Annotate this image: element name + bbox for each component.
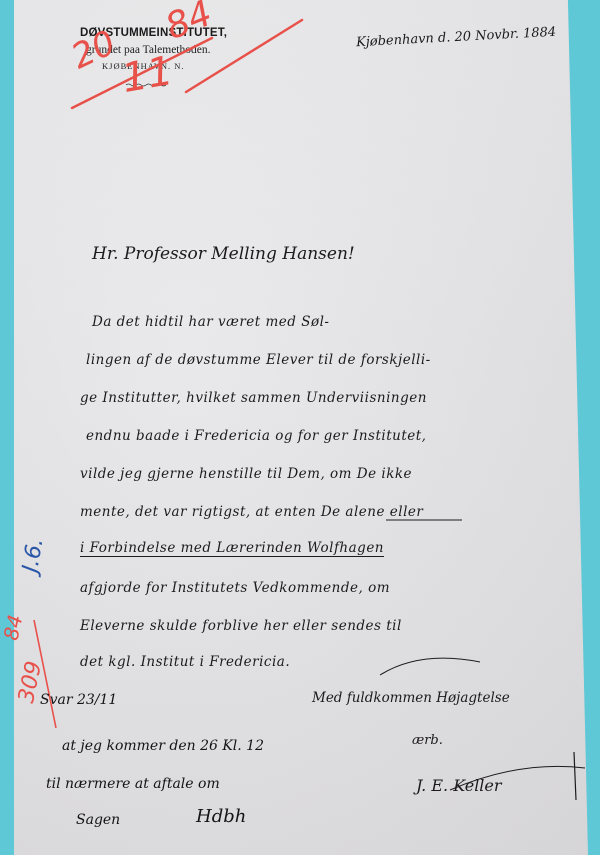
- body-line: mente, det var rigtigst, at enten De ale…: [80, 504, 423, 520]
- reply-note-initials: Hdbh: [196, 806, 246, 827]
- body-line: afgjorde for Institutets Vedkommende, om: [80, 580, 390, 596]
- body-line: lingen af de døvstumme Elever til de for…: [86, 352, 431, 368]
- body-line: Eleverne skulde forblive her eller sende…: [80, 618, 402, 634]
- salutation: Hr. Professor Melling Hansen!: [92, 244, 355, 264]
- closing-abbrev: ærb.: [412, 733, 443, 748]
- reply-note-line: Svar 23/11: [40, 692, 117, 708]
- reply-note-line: til nærmere at aftale om: [46, 776, 220, 792]
- signature: J. E. Keller: [416, 776, 502, 795]
- body-line: det kgl. Institut i Fredericia.: [80, 654, 290, 670]
- body-line-underlined: i Forbindelse med Lærerinden Wolfhagen: [80, 540, 384, 557]
- reply-note-line: Sagen: [76, 812, 120, 828]
- red-slash-line: [0, 0, 600, 120]
- body-line: endnu baade i Fredericia og for ger Inst…: [86, 428, 426, 444]
- body-line: Da det hidtil har været med Søl-: [92, 314, 329, 330]
- reply-note-line: at jeg kommer den 26 Kl. 12: [62, 738, 264, 754]
- closing: Med fuldkommen Højagtelse: [312, 690, 510, 706]
- body-line: ge Institutter, hvilket sammen Underviis…: [80, 390, 427, 406]
- body-line: vilde jeg gjerne henstille til Dem, om D…: [80, 466, 412, 482]
